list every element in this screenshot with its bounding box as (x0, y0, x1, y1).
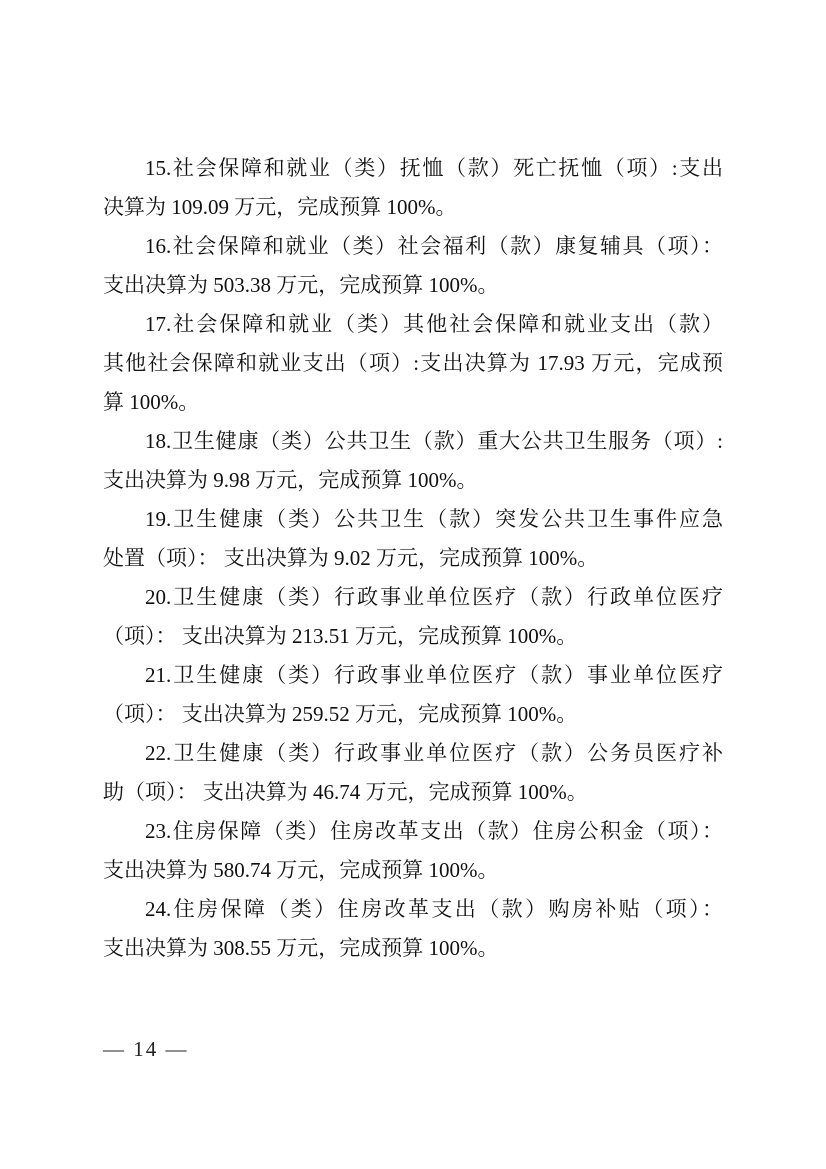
paragraph-item-23: 23.住房保障（类）住房改革支出（款）住房公积金（项）： 支出决算为 580.7… (103, 812, 723, 890)
text-line: 19.卫生健康（类）公共卫生（款）突发公共卫生事件应急 (103, 500, 723, 539)
text-line: 24.住房保障（类）住房改革支出（款）购房补贴（项）： (103, 890, 723, 929)
paragraph-item-18: 18.卫生健康（类）公共卫生（款）重大公共卫生服务（项）: 支出决算为 9.98… (103, 422, 723, 500)
text-line: 决算为 109.09 万元，完成预算 100%。 (103, 188, 723, 227)
paragraph-item-17: 17.社会保障和就业（类）其他社会保障和就业支出（款） 其他社会保障和就业支出（… (103, 305, 723, 422)
text-line: （项）： 支出决算为 259.52 万元，完成预算 100%。 (103, 695, 723, 734)
text-line: 15.社会保障和就业（类）抚恤（款）死亡抚恤（项）:支出 (103, 149, 723, 188)
text-line: 20.卫生健康（类）行政事业单位医疗（款）行政单位医疗 (103, 578, 723, 617)
text-line: 支出决算为 9.98 万元，完成预算 100%。 (103, 461, 723, 500)
text-line: 处置（项）： 支出决算为 9.02 万元，完成预算 100%。 (103, 539, 723, 578)
text-line: 支出决算为 580.74 万元，完成预算 100%。 (103, 851, 723, 890)
text-line: 22.卫生健康（类）行政事业单位医疗（款）公务员医疗补 (103, 734, 723, 773)
text-line: 支出决算为 308.55 万元，完成预算 100%。 (103, 929, 723, 968)
text-line: 17.社会保障和就业（类）其他社会保障和就业支出（款） (103, 305, 723, 344)
text-line: 23.住房保障（类）住房改革支出（款）住房公积金（项）： (103, 812, 723, 851)
paragraph-item-19: 19.卫生健康（类）公共卫生（款）突发公共卫生事件应急 处置（项）： 支出决算为… (103, 500, 723, 578)
paragraph-item-24: 24.住房保障（类）住房改革支出（款）购房补贴（项）： 支出决算为 308.55… (103, 890, 723, 968)
text-line: 21.卫生健康（类）行政事业单位医疗（款）事业单位医疗 (103, 656, 723, 695)
text-line: 助（项）： 支出决算为 46.74 万元，完成预算 100%。 (103, 773, 723, 812)
document-body: 15.社会保障和就业（类）抚恤（款）死亡抚恤（项）:支出 决算为 109.09 … (103, 149, 723, 968)
paragraph-item-20: 20.卫生健康（类）行政事业单位医疗（款）行政单位医疗 （项）： 支出决算为 2… (103, 578, 723, 656)
text-line: 支出决算为 503.38 万元，完成预算 100%。 (103, 266, 723, 305)
text-line: 16.社会保障和就业（类）社会福利（款）康复辅具（项）： (103, 227, 723, 266)
text-line: 18.卫生健康（类）公共卫生（款）重大公共卫生服务（项）: (103, 422, 723, 461)
text-line: （项）： 支出决算为 213.51 万元，完成预算 100%。 (103, 617, 723, 656)
paragraph-item-16: 16.社会保障和就业（类）社会福利（款）康复辅具（项）： 支出决算为 503.3… (103, 227, 723, 305)
paragraph-item-21: 21.卫生健康（类）行政事业单位医疗（款）事业单位医疗 （项）： 支出决算为 2… (103, 656, 723, 734)
paragraph-item-15: 15.社会保障和就业（类）抚恤（款）死亡抚恤（项）:支出 决算为 109.09 … (103, 149, 723, 227)
text-line: 其他社会保障和就业支出（项）:支出决算为 17.93 万元，完成预 (103, 344, 723, 383)
document-page: 15.社会保障和就业（类）抚恤（款）死亡抚恤（项）:支出 决算为 109.09 … (0, 0, 826, 1169)
text-line: 算 100%。 (103, 383, 723, 422)
paragraph-item-22: 22.卫生健康（类）行政事业单位医疗（款）公务员医疗补 助（项）： 支出决算为 … (103, 734, 723, 812)
page-number: — 14 — (103, 1036, 189, 1062)
